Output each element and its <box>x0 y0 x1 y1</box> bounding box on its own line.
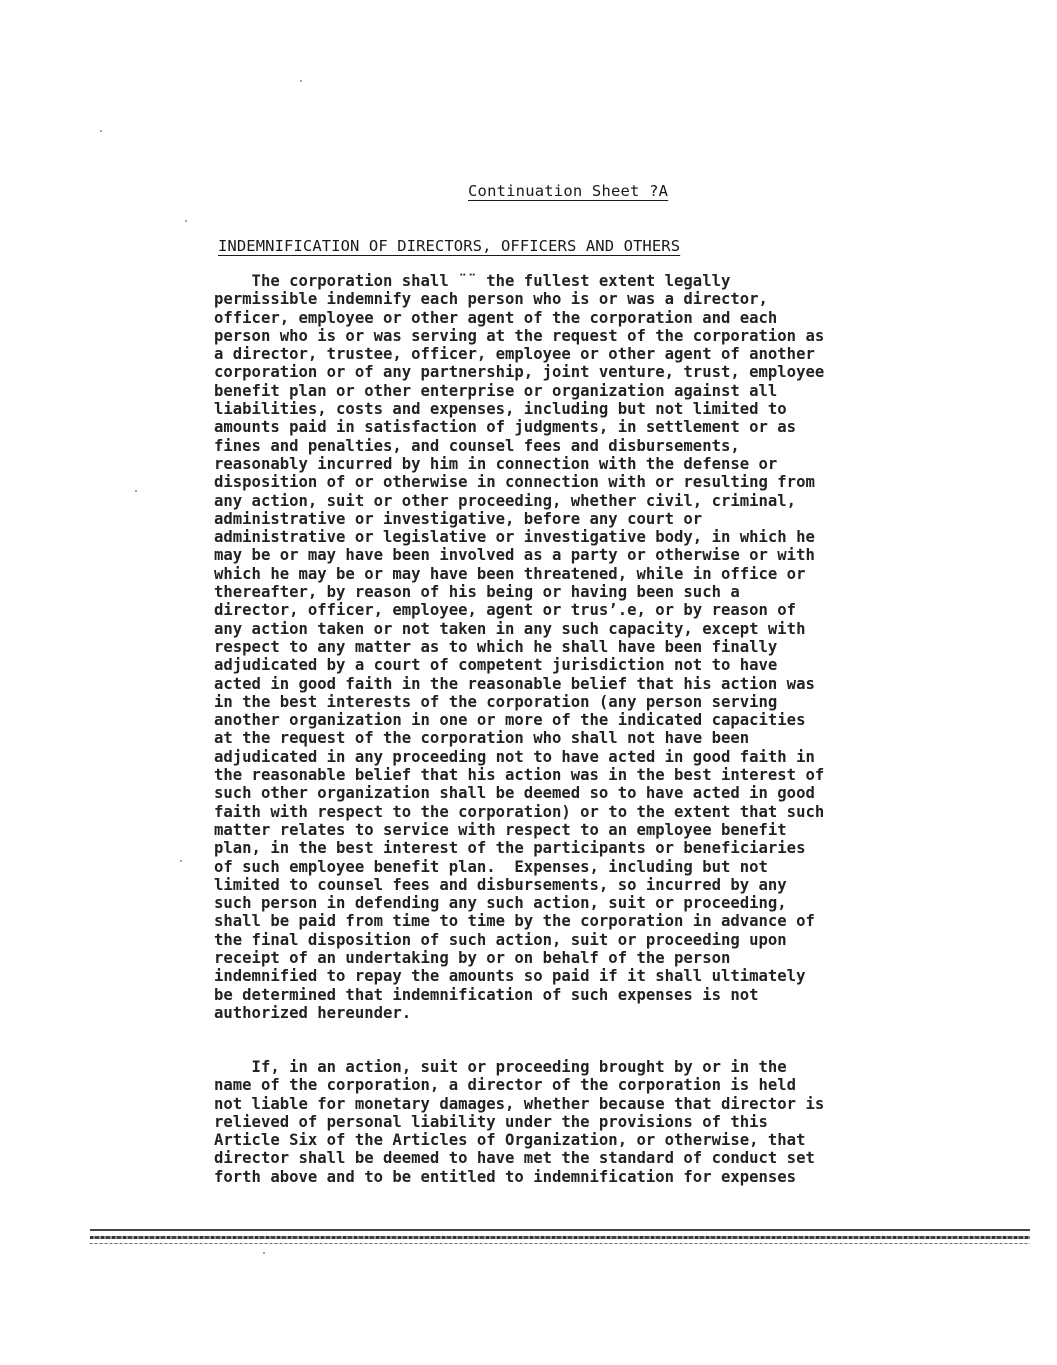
sheet-title: Continuation Sheet ?A <box>468 182 668 200</box>
text-line: another organization in one or more of t… <box>214 711 824 729</box>
text-line: director, officer, employee, agent or tr… <box>214 601 824 619</box>
text-line: liabilities, costs and expenses, includi… <box>214 400 824 418</box>
text-line: reasonably incurred by him in connection… <box>214 455 824 473</box>
text-line: forth above and to be entitled to indemn… <box>214 1168 824 1186</box>
text-line: director shall be deemed to have met the… <box>214 1149 824 1167</box>
scan-speck <box>263 1252 265 1254</box>
footer-rule <box>90 1229 1030 1231</box>
text-line: limited to counsel fees and disbursement… <box>214 876 824 894</box>
scan-speck <box>135 490 137 492</box>
text-line: name of the corporation, a director of t… <box>214 1076 824 1094</box>
scan-speck <box>100 130 102 132</box>
text-line: the reasonable belief that his action wa… <box>214 766 824 784</box>
text-line: a director, trustee, officer, employee o… <box>214 345 824 363</box>
text-line: matter relates to service with respect t… <box>214 821 824 839</box>
text-line: indemnified to repay the amounts so paid… <box>214 967 824 985</box>
text-line: receipt of an undertaking by or on behal… <box>214 949 824 967</box>
text-line: adjudicated in any proceeding not to hav… <box>214 748 824 766</box>
text-line: amounts paid in satisfaction of judgment… <box>214 418 824 436</box>
text-line: be determined that indemnification of su… <box>214 986 824 1004</box>
text-line: thereafter, by reason of his being or ha… <box>214 583 824 601</box>
text-line: any action taken or not taken in any suc… <box>214 620 824 638</box>
text-line: in the best interests of the corporation… <box>214 693 824 711</box>
paragraph-director-liability: If, in an action, suit or proceeding bro… <box>214 1058 824 1186</box>
text-line: plan, in the best interest of the partic… <box>214 839 824 857</box>
text-line: The corporation shall ¨¨ the fullest ext… <box>214 272 824 290</box>
text-line: at the request of the corporation who sh… <box>214 729 824 747</box>
scan-speck <box>300 80 302 82</box>
text-line: any action, suit or other proceeding, wh… <box>214 492 824 510</box>
text-line: administrative or legislative or investi… <box>214 528 824 546</box>
text-line: not liable for monetary damages, whether… <box>214 1095 824 1113</box>
text-line: authorized hereunder. <box>214 1004 824 1022</box>
text-line: which he may be or may have been threate… <box>214 565 824 583</box>
text-line: administrative or investigative, before … <box>214 510 824 528</box>
text-line: respect to any matter as to which he sha… <box>214 638 824 656</box>
text-line: fines and penalties, and counsel fees an… <box>214 437 824 455</box>
text-line: disposition of or otherwise in connectio… <box>214 473 824 491</box>
scan-speck <box>185 220 187 222</box>
text-line: benefit plan or other enterprise or orga… <box>214 382 824 400</box>
footer-rule <box>90 1243 1030 1244</box>
text-line: Article Six of the Articles of Organizat… <box>214 1131 824 1149</box>
text-line: permissible indemnify each person who is… <box>214 290 824 308</box>
text-line: adjudicated by a court of competent juri… <box>214 656 824 674</box>
text-line: person who is or was serving at the requ… <box>214 327 824 345</box>
text-line: faith with respect to the corporation) o… <box>214 803 824 821</box>
text-line: officer, employee or other agent of the … <box>214 309 824 327</box>
text-line: the final disposition of such action, su… <box>214 931 824 949</box>
scan-speck <box>180 860 182 862</box>
text-line: of such employee benefit plan. Expenses,… <box>214 858 824 876</box>
footer-rule <box>90 1236 1030 1239</box>
text-line: may be or may have been involved as a pa… <box>214 546 824 564</box>
text-line: such other organization shall be deemed … <box>214 784 824 802</box>
text-line: acted in good faith in the reasonable be… <box>214 675 824 693</box>
text-line: such person in defending any such action… <box>214 894 824 912</box>
section-heading: INDEMNIFICATION OF DIRECTORS, OFFICERS A… <box>218 237 680 255</box>
paragraph-indemnification: The corporation shall ¨¨ the fullest ext… <box>214 272 824 1022</box>
text-line: shall be paid from time to time by the c… <box>214 912 824 930</box>
text-line: relieved of personal liability under the… <box>214 1113 824 1131</box>
text-line: If, in an action, suit or proceeding bro… <box>214 1058 824 1076</box>
text-line: corporation or of any partnership, joint… <box>214 363 824 381</box>
